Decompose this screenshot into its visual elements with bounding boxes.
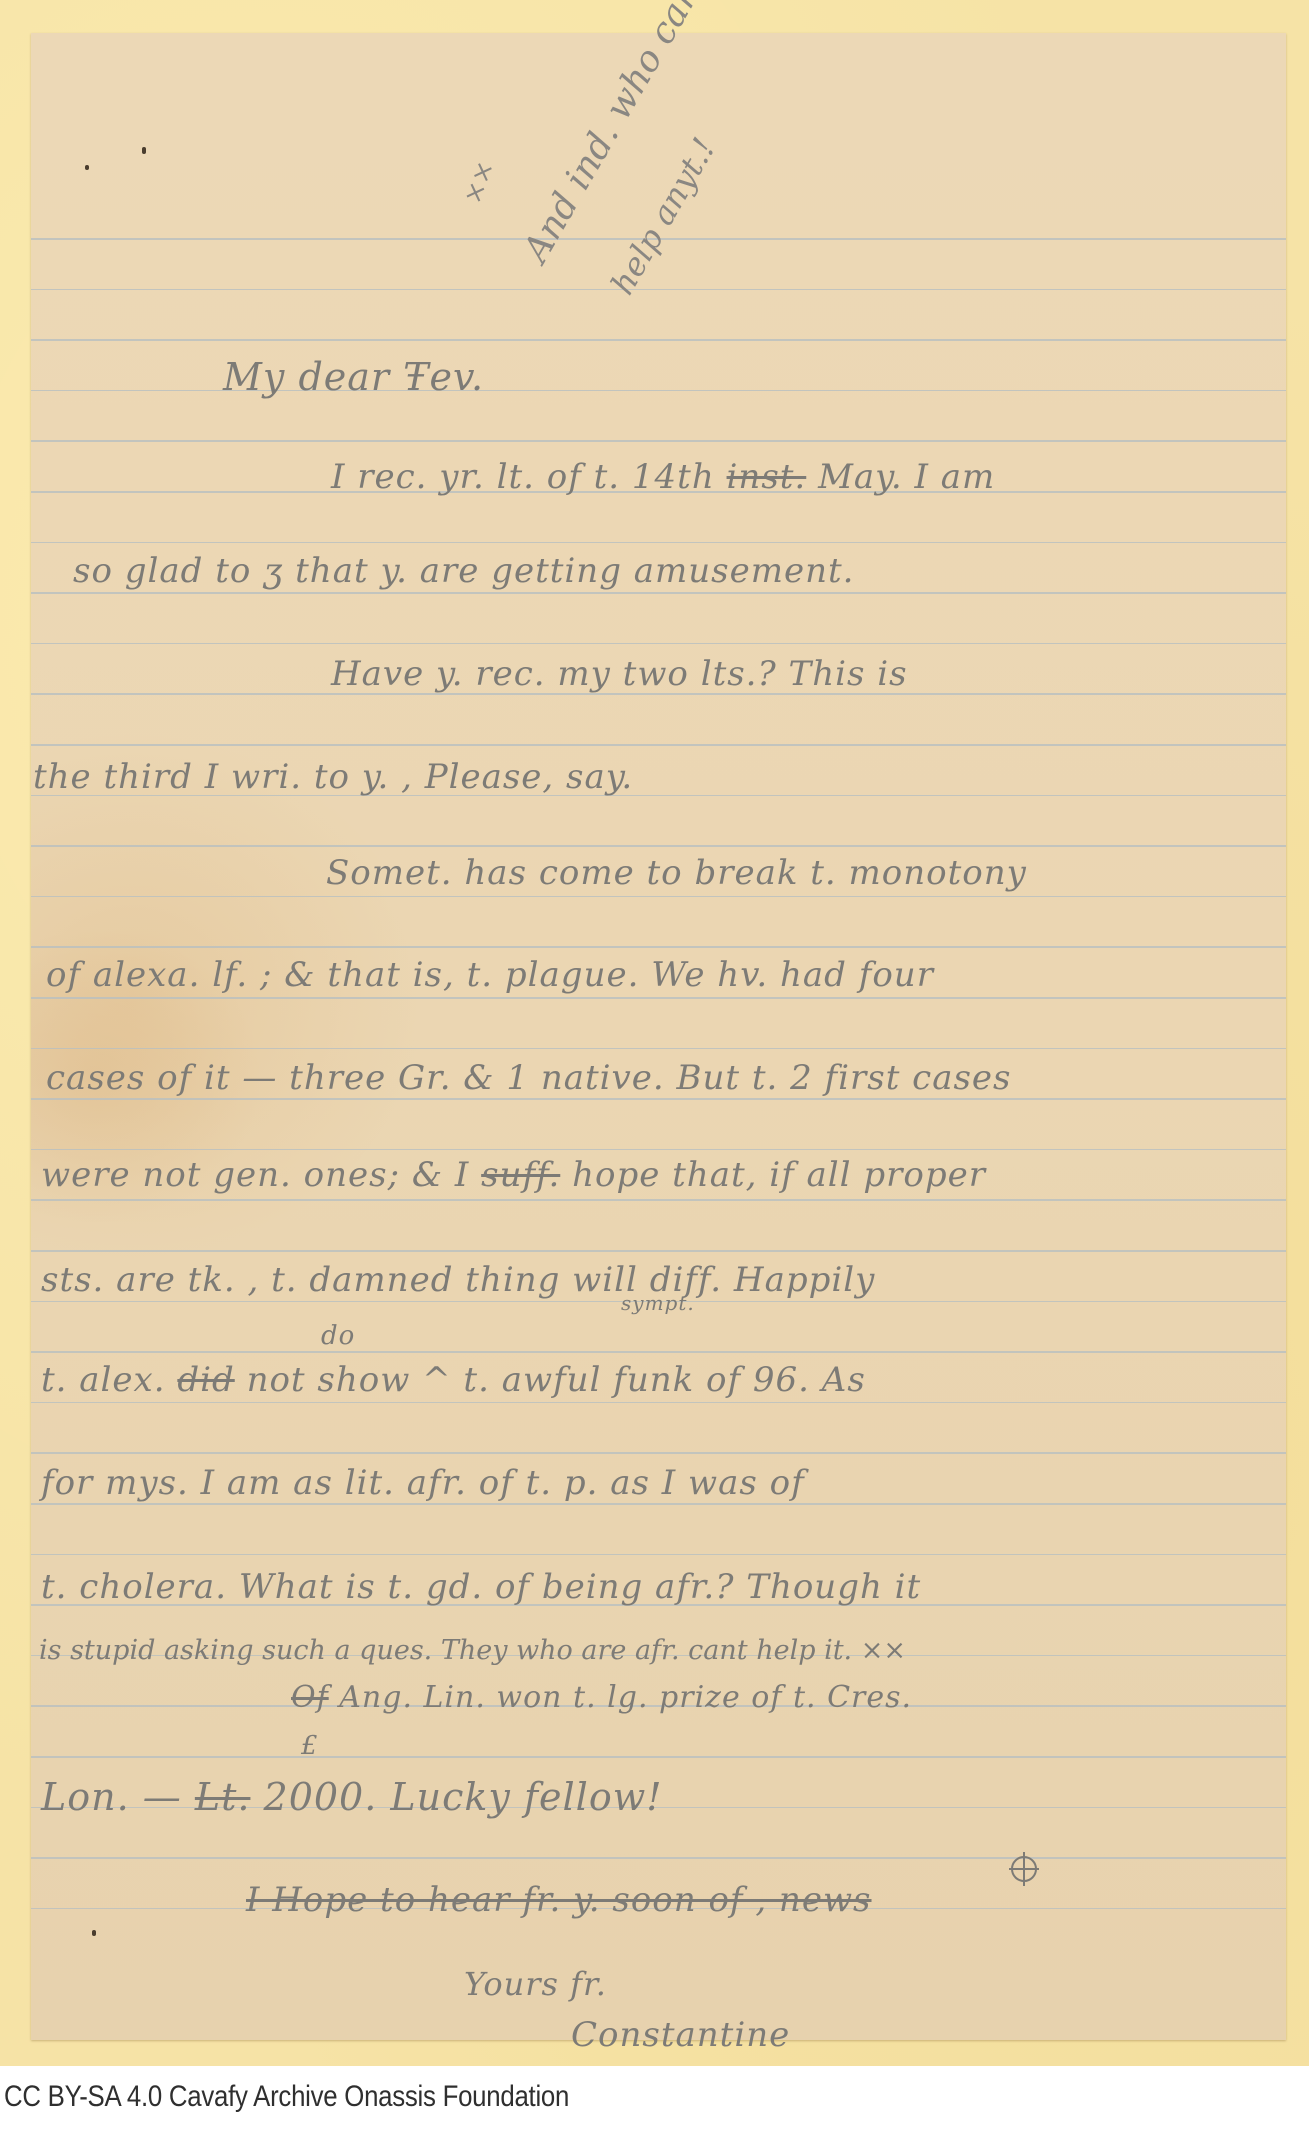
struck-text: did xyxy=(177,1360,234,1400)
ruled-line xyxy=(31,390,1286,392)
ruled-line xyxy=(31,896,1286,898)
letter-line: is stupid asking such a ques. They who a… xyxy=(39,1637,906,1664)
letter-line: so glad to ʒ that y. are getting amuseme… xyxy=(73,554,854,588)
margin-mark xyxy=(142,147,146,154)
margin-mark xyxy=(92,1930,96,1936)
letter-sheet: ×× And ind. who can help anyt.! My dear … xyxy=(31,33,1286,2040)
ruled-line xyxy=(31,1756,1286,1758)
annotation-line-2: help anyt.! xyxy=(603,131,723,301)
salutation: My dear Ŧev. xyxy=(223,358,484,396)
letter-line: I rec. yr. lt. of t. 14th inst. May. I a… xyxy=(331,460,995,494)
letter-text: Ang. Lin. won t. lg. prize of t. Cres. xyxy=(339,1680,912,1715)
ruled-line xyxy=(31,339,1286,341)
interlinear-insertion: do xyxy=(321,1323,355,1349)
margin-mark xyxy=(85,165,89,170)
letter-line: Somet. has come to break t. monotony xyxy=(326,856,1027,890)
letter-text: hope that, if all proper xyxy=(572,1155,986,1195)
ruled-line xyxy=(31,1250,1286,1252)
letter-text: 2000. Lucky fellow! xyxy=(264,1775,663,1819)
ruled-line xyxy=(31,1149,1286,1151)
struck-line: I Hope to hear fr. y. soon of , news xyxy=(246,1883,872,1917)
closing: Yours fr. xyxy=(464,1968,607,2000)
copyright-credit: CC BY-SA 4.0 Cavafy Archive Onassis Foun… xyxy=(4,2080,569,2114)
letter-line: for mys. I am as lit. afr. of t. p. as I… xyxy=(41,1466,805,1500)
ruled-line xyxy=(31,289,1286,291)
letter-text: were not gen. ones; & I xyxy=(41,1155,469,1195)
ruled-line xyxy=(31,946,1286,948)
ruled-line xyxy=(31,1554,1286,1556)
ruled-line xyxy=(31,440,1286,442)
letter-line: sts. are tk. , t. damned thing will diff… xyxy=(41,1263,875,1297)
ruled-line xyxy=(31,1402,1286,1404)
interlinear-insertion: £ xyxy=(301,1733,319,1759)
struck-text: suff. xyxy=(481,1155,560,1195)
struck-text: inst. xyxy=(727,457,807,497)
letter-text: May. I am xyxy=(818,457,995,497)
ruled-line xyxy=(31,1857,1286,1859)
letter-line: Lon. — Lt. 2000. Lucky fellow! xyxy=(41,1778,663,1816)
signature: Constantine xyxy=(571,2018,790,2052)
struck-text: Lt. xyxy=(195,1775,251,1819)
insertion-marker-icon xyxy=(1011,1856,1037,1882)
letter-line: t. alex. did not show ^ t. awful funk of… xyxy=(41,1363,866,1397)
letter-line: Of Ang. Lin. won t. lg. prize of t. Cres… xyxy=(291,1683,912,1713)
annotation-marker: ×× xyxy=(458,157,501,208)
letter-text: Lon. — xyxy=(41,1775,182,1819)
ruled-line xyxy=(31,1048,1286,1050)
struck-text: Of xyxy=(291,1680,329,1715)
ruled-line xyxy=(31,997,1286,999)
ruled-line xyxy=(31,592,1286,594)
letter-text: I rec. yr. lt. of t. 14th xyxy=(331,457,715,497)
ruled-line xyxy=(31,1351,1286,1353)
ruled-line xyxy=(31,845,1286,847)
ruled-line xyxy=(31,1503,1286,1505)
ruled-line xyxy=(31,1452,1286,1454)
annotation-line-1: And ind. who can xyxy=(515,0,709,269)
letter-line: of alexa. lf. ; & that is, t. plague. We… xyxy=(46,958,934,992)
letter-line: Have y. rec. my two lts.? This is xyxy=(331,657,908,691)
letter-line: were not gen. ones; & I suff. hope that,… xyxy=(41,1158,986,1192)
ruled-line xyxy=(31,1199,1286,1201)
ruled-line xyxy=(31,1098,1286,1100)
letter-line: cases of it — three Gr. & 1 native. But … xyxy=(46,1061,1012,1095)
ruled-line xyxy=(31,542,1286,544)
letter-line: the third I wri. to y. , Please, say. xyxy=(33,760,633,794)
letter-text: t. alex. xyxy=(41,1360,166,1400)
ruled-line xyxy=(31,643,1286,645)
letter-text: not show ^ t. awful funk of 96. As xyxy=(247,1360,866,1400)
interlinear-insertion: sympt. xyxy=(621,1293,695,1313)
letter-line: t. cholera. What is t. gd. of being afr.… xyxy=(41,1570,921,1604)
ruled-line xyxy=(31,744,1286,746)
